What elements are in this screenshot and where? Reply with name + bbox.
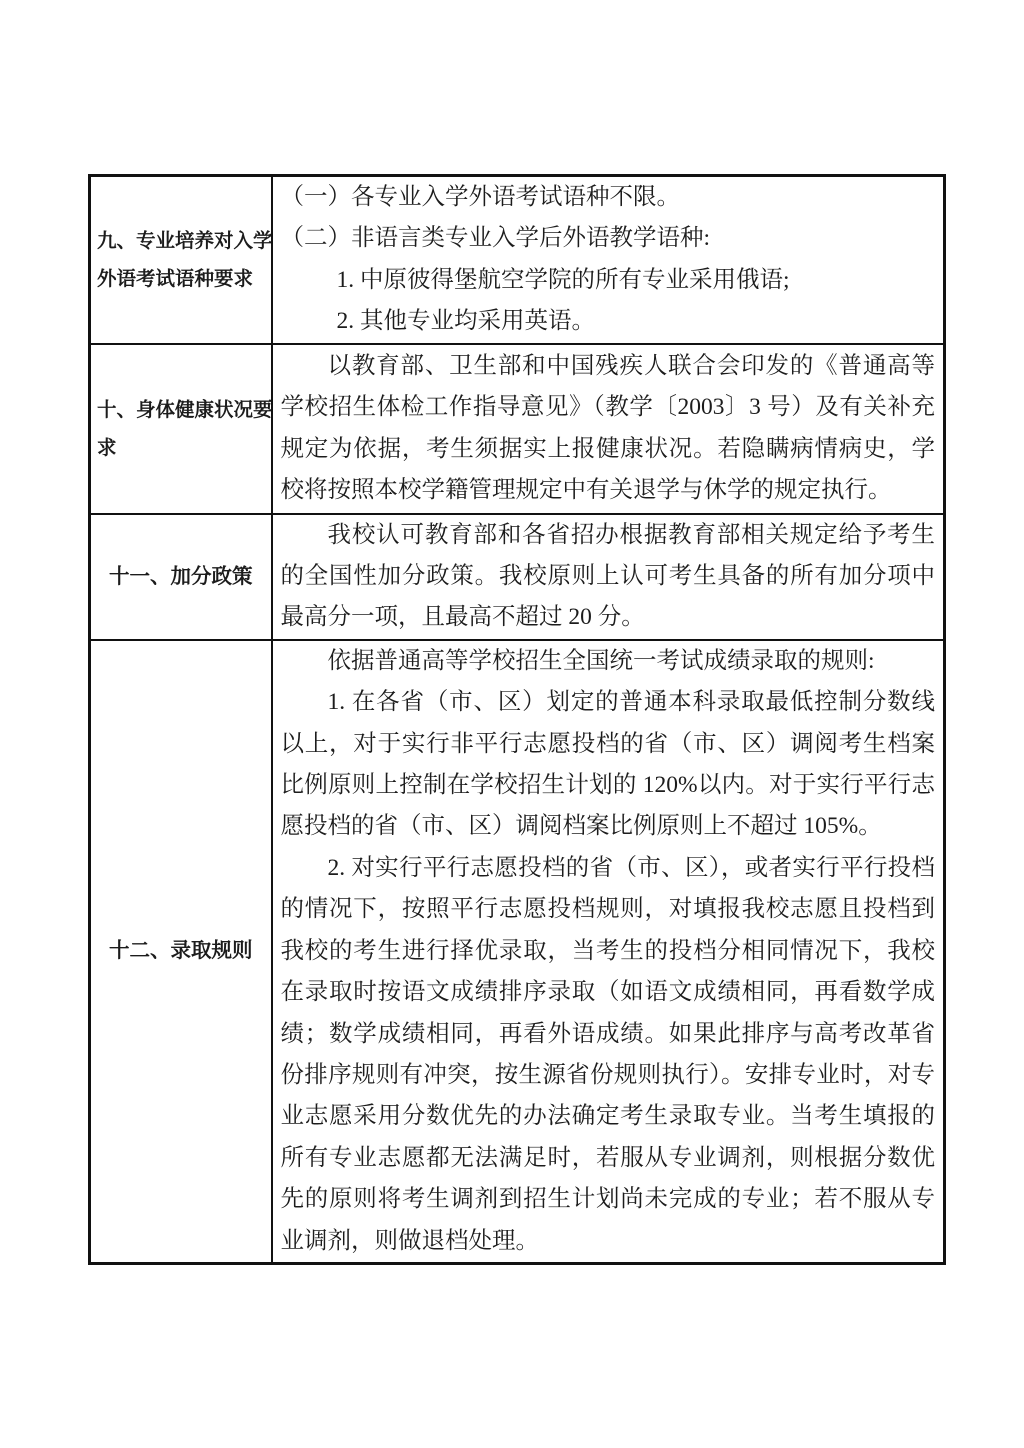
paragraph: 1. 中原彼得堡航空学院的所有专业采用俄语; [337,260,936,301]
row-content-health: 以教育部、卫生部和中国残疾人联合会印发的《普通高等学校招生体检工作指导意见》（教… [272,344,945,514]
row-content-bonus-policy: 我校认可教育部和各省招办根据教育部相关规定给予考生的全国性加分政策。我校原则上认… [272,514,945,640]
row-header-admission-rules: 十二、录取规则 [90,640,272,1264]
row-foreign-language-requirements: 九、专业培养对入学 外语考试语种要求 （一）各专业入学外语考试语种不限。 （二）… [90,176,945,344]
paragraph: （一）各专业入学外语考试语种不限。 [281,177,936,218]
row-header-health: 十、身体健康状况要 求 [90,344,272,514]
paragraph: （二）非语言类专业入学后外语教学语种: [281,218,936,259]
row-header-line: 外语考试语种要求 [97,260,268,298]
paragraph: 2. 对实行平行志愿投档的省（市、区），或者实行平行投档的情况下，按照平行志愿投… [281,848,936,1262]
document-page: 九、专业培养对入学 外语考试语种要求 （一）各专业入学外语考试语种不限。 （二）… [0,0,1024,1448]
paragraph: 1. 在各省（市、区）划定的普通本科录取最低控制分数线以上，对于实行非平行志愿投… [281,682,936,848]
paragraph: 我校认可教育部和各省招办根据教育部相关规定给予考生的全国性加分政策。我校原则上认… [281,515,936,639]
row-header-line: 求 [97,429,268,467]
row-header-line: 十、身体健康状况要 [97,391,268,429]
row-content-foreign-language: （一）各专业入学外语考试语种不限。 （二）非语言类专业入学后外语教学语种: 1.… [272,176,945,344]
paragraph: 依据普通高等学校招生全国统一考试成绩录取的规则: [281,641,936,682]
row-header-bonus-policy: 十一、加分政策 [90,514,272,640]
paragraph: 以教育部、卫生部和中国残疾人联合会印发的《普通高等学校招生体检工作指导意见》（教… [281,346,936,512]
row-header-line: 九、专业培养对入学 [97,222,268,260]
row-content-admission-rules: 依据普通高等学校招生全国统一考试成绩录取的规则: 1. 在各省（市、区）划定的普… [272,640,945,1264]
row-health-requirements: 十、身体健康状况要 求 以教育部、卫生部和中国残疾人联合会印发的《普通高等学校招… [90,344,945,514]
paragraph: 2. 其他专业均采用英语。 [337,301,936,342]
admissions-info-table: 九、专业培养对入学 外语考试语种要求 （一）各专业入学外语考试语种不限。 （二）… [88,174,946,1265]
row-header-foreign-language: 九、专业培养对入学 外语考试语种要求 [90,176,272,344]
row-bonus-policy: 十一、加分政策 我校认可教育部和各省招办根据教育部相关规定给予考生的全国性加分政… [90,514,945,640]
row-header-line: 十二、录取规则 [93,932,269,970]
row-admission-rules: 十二、录取规则 依据普通高等学校招生全国统一考试成绩录取的规则: 1. 在各省（… [90,640,945,1264]
row-header-line: 十一、加分政策 [93,558,269,596]
